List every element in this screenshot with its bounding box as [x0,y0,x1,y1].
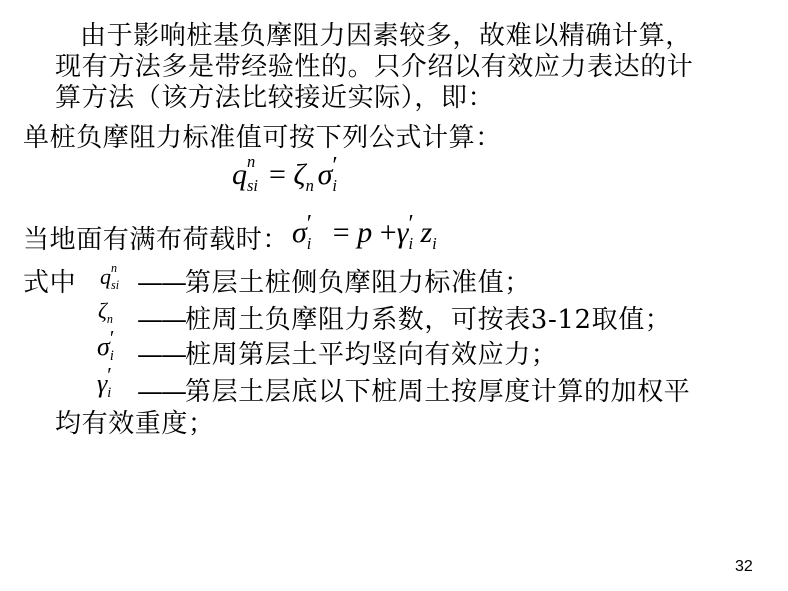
def-symbol-zeta: ζn [98,300,107,322]
def-symbol-gamma: γ′i [97,371,107,397]
definition-item: ——桩周第层土平均竖向有效应力； [137,340,557,370]
surcharge-formula: σ′i= p +γ′izi [292,218,432,248]
def-symbol-q: qnsi [100,266,111,288]
sigma-symbol: σ′i [318,160,333,190]
surcharge-text: 当地面有满布荷载时： [23,225,289,255]
formula-intro: 单桩负摩阻力标准值可按下列公式计算： [23,123,502,153]
equals-sign: = [269,158,286,191]
z-symbol: zi [420,218,432,248]
page-number: 32 [735,558,753,576]
main-formula: qnsi= ζnσ′i [232,160,332,190]
q-symbol: qnsi [232,160,247,190]
sigma-symbol: σ′i [292,218,307,248]
intro-line-2: 现有方法多是带经验性的。只介绍以有效应力表达的计 [55,52,693,82]
equals-sign: = [333,216,350,249]
plus-sign: + [380,216,397,249]
intro-line-3: 算方法（该方法比较接近实际），即： [55,83,494,113]
def-symbol-sigma: σ′i [97,334,110,360]
gamma-symbol: γ′i [397,218,409,248]
zeta-symbol: ζn [293,160,305,190]
definition-continuation: 均有效重度； [55,409,215,439]
definition-item: ——第层土层底以下桩周土按厚度计算的加权平 [137,377,690,407]
p-symbol: p [357,216,372,249]
definition-item: ——桩周土负摩阻力系数，可按表3-12取值； [137,305,671,335]
definition-item: ——第层土桩侧负摩阻力标准值； [137,268,531,298]
intro-line-1: 由于影响桩基负摩阻力因素较多，故难以精确计算， [80,21,692,51]
where-label: 式中 [23,268,76,298]
